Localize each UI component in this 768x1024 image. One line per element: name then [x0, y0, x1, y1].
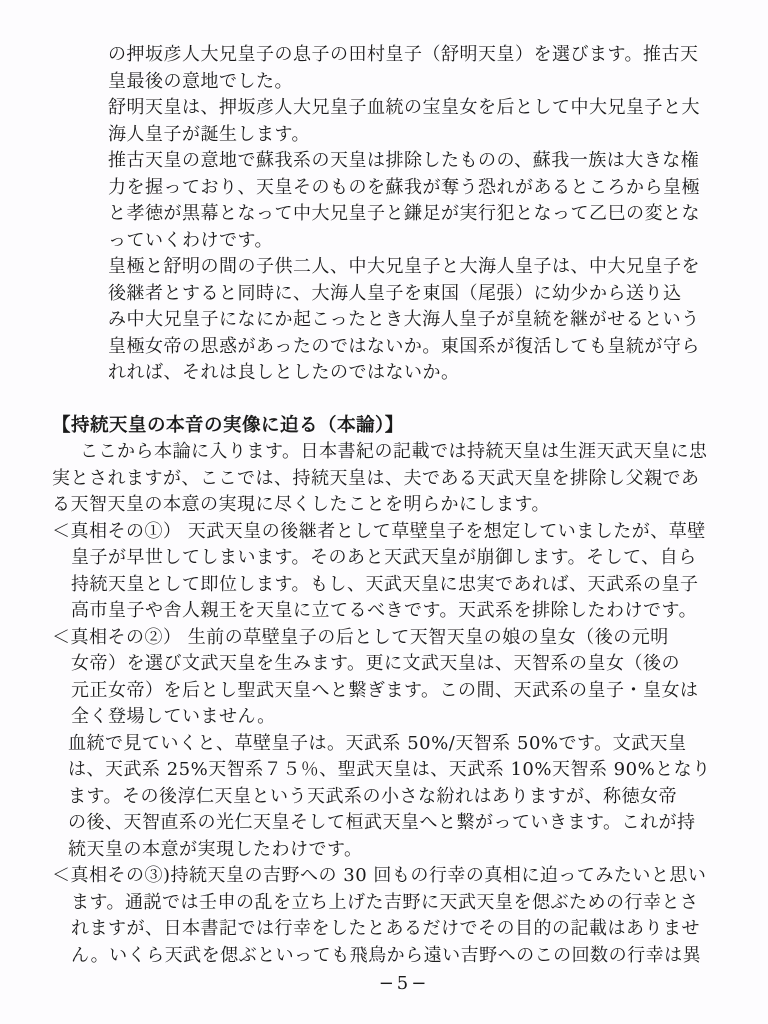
paragraph-soga-clan: 推古天皇の意地で蘇我系の天皇は排除したものの、蘇我一族は大きな権 力を握っており…: [108, 148, 756, 254]
page-number: −5−: [52, 971, 756, 998]
paragraph-jomei-emperor: 舒明天皇は、押坂彦人大兄皇子血統の宝皇女を后として中大兄皇子と大 海人皇子が誕生…: [108, 95, 756, 148]
paragraph-honron-intro: ここから本論に入ります。日本書紀の記載では持統天皇は生涯天武天皇に忠 実とされま…: [52, 439, 756, 519]
paragraph-shinso-1: ＜真相その①） 天武天皇の後継者として草壁皇子を想定していましたが、草壁 皇子が…: [52, 519, 756, 625]
paragraph-shinso-3: ＜真相その③)持統天皇の吉野への 30 回もの行幸の真相に迫ってみたいと思い ま…: [52, 863, 756, 969]
scanned-document-page: の押坂彦人大兄皇子の息子の田村皇子（舒明天皇）を選びます。推古天 皇最後の意地で…: [0, 0, 768, 1024]
intro-paragraph-block: の押坂彦人大兄皇子の息子の田村皇子（舒明天皇）を選びます。推古天 皇最後の意地で…: [108, 42, 756, 387]
paragraph-bloodline-percentages: 血統で見ていくと、草壁皇子は。天武系 50%/天智系 50%です。文武天皇 は、…: [68, 731, 756, 864]
section-heading-jito-honron: 【持統天皇の本音の実像に迫る（本論）】: [52, 413, 756, 440]
paragraph-shinso-2: ＜真相その②） 生前の草壁皇子の后として天智天皇の娘の皇女（後の元明 女帝）を選…: [52, 625, 756, 731]
paragraph-tamura-prince: の押坂彦人大兄皇子の息子の田村皇子（舒明天皇）を選びます。推古天 皇最後の意地で…: [108, 42, 756, 95]
paragraph-kogyoku-intent: 皇極と舒明の間の子供二人、中大兄皇子と大海人皇子は、中大兄皇子を 後継者とすると…: [108, 254, 756, 387]
